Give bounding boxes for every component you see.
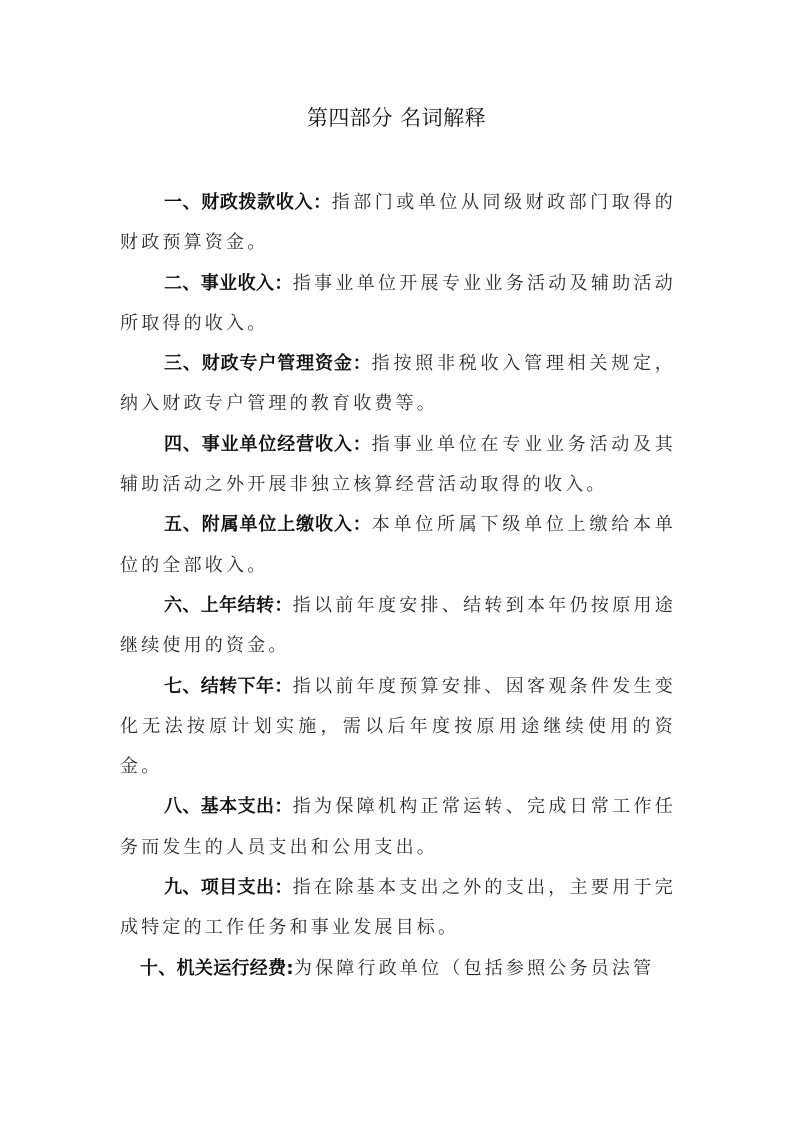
entry-term: 七、结转下年： [164, 676, 293, 697]
glossary-entry-7: 七、结转下年：指以前年度预算安排、因客观条件发生变化无法按原计划实施，需以后年度… [120, 667, 676, 788]
page-title: 第四部分 名词解释 [0, 103, 793, 133]
glossary-body: 一、财政拨款收入：指部门或单位从同级财政部门取得的财政预算资金。 二、事业收入：… [120, 183, 676, 989]
glossary-entry-5: 五、附属单位上缴收入：本单位所属下级单位上缴给本单位的全部收入。 [120, 505, 676, 586]
entry-term: 九、项目支出： [164, 877, 293, 898]
entry-term: 三、财政专户管理资金： [164, 353, 372, 374]
entry-term: 八、基本支出： [164, 796, 293, 817]
entry-term: 四、事业单位经营收入： [164, 434, 372, 455]
entry-definition: 为保障行政单位（包括参照公务员法管 [294, 958, 654, 979]
entry-term: 二、事业收入： [164, 273, 293, 294]
glossary-entry-1: 一、财政拨款收入：指部门或单位从同级财政部门取得的财政预算资金。 [120, 183, 676, 264]
glossary-entry-3: 三、财政专户管理资金：指按照非税收入管理相关规定，纳入财政专户管理的教育收费等。 [120, 344, 676, 425]
entry-term: 十、机关运行经费: [140, 958, 294, 979]
entry-term: 五、附属单位上缴收入： [164, 514, 372, 535]
glossary-entry-9: 九、项目支出：指在除基本支出之外的支出，主要用于完成特定的工作任务和事业发展目标… [120, 868, 676, 949]
glossary-entry-6: 六、上年结转：指以前年度安排、结转到本年仍按原用途继续使用的资金。 [120, 586, 676, 667]
entry-term: 一、财政拨款收入： [164, 192, 332, 213]
entry-term: 六、上年结转： [164, 595, 293, 616]
document-page: 第四部分 名词解释 一、财政拨款收入：指部门或单位从同级财政部门取得的财政预算资… [0, 0, 793, 1122]
glossary-entry-2: 二、事业收入：指事业单位开展专业业务活动及辅助活动所取得的收入。 [120, 264, 676, 345]
glossary-entry-8: 八、基本支出：指为保障机构正常运转、完成日常工作任务而发生的人员支出和公用支出。 [120, 787, 676, 868]
glossary-entry-10: 十、机关运行经费:为保障行政单位（包括参照公务员法管 [120, 949, 676, 989]
glossary-entry-4: 四、事业单位经营收入：指事业单位在专业业务活动及其辅助活动之外开展非独立核算经营… [120, 425, 676, 506]
